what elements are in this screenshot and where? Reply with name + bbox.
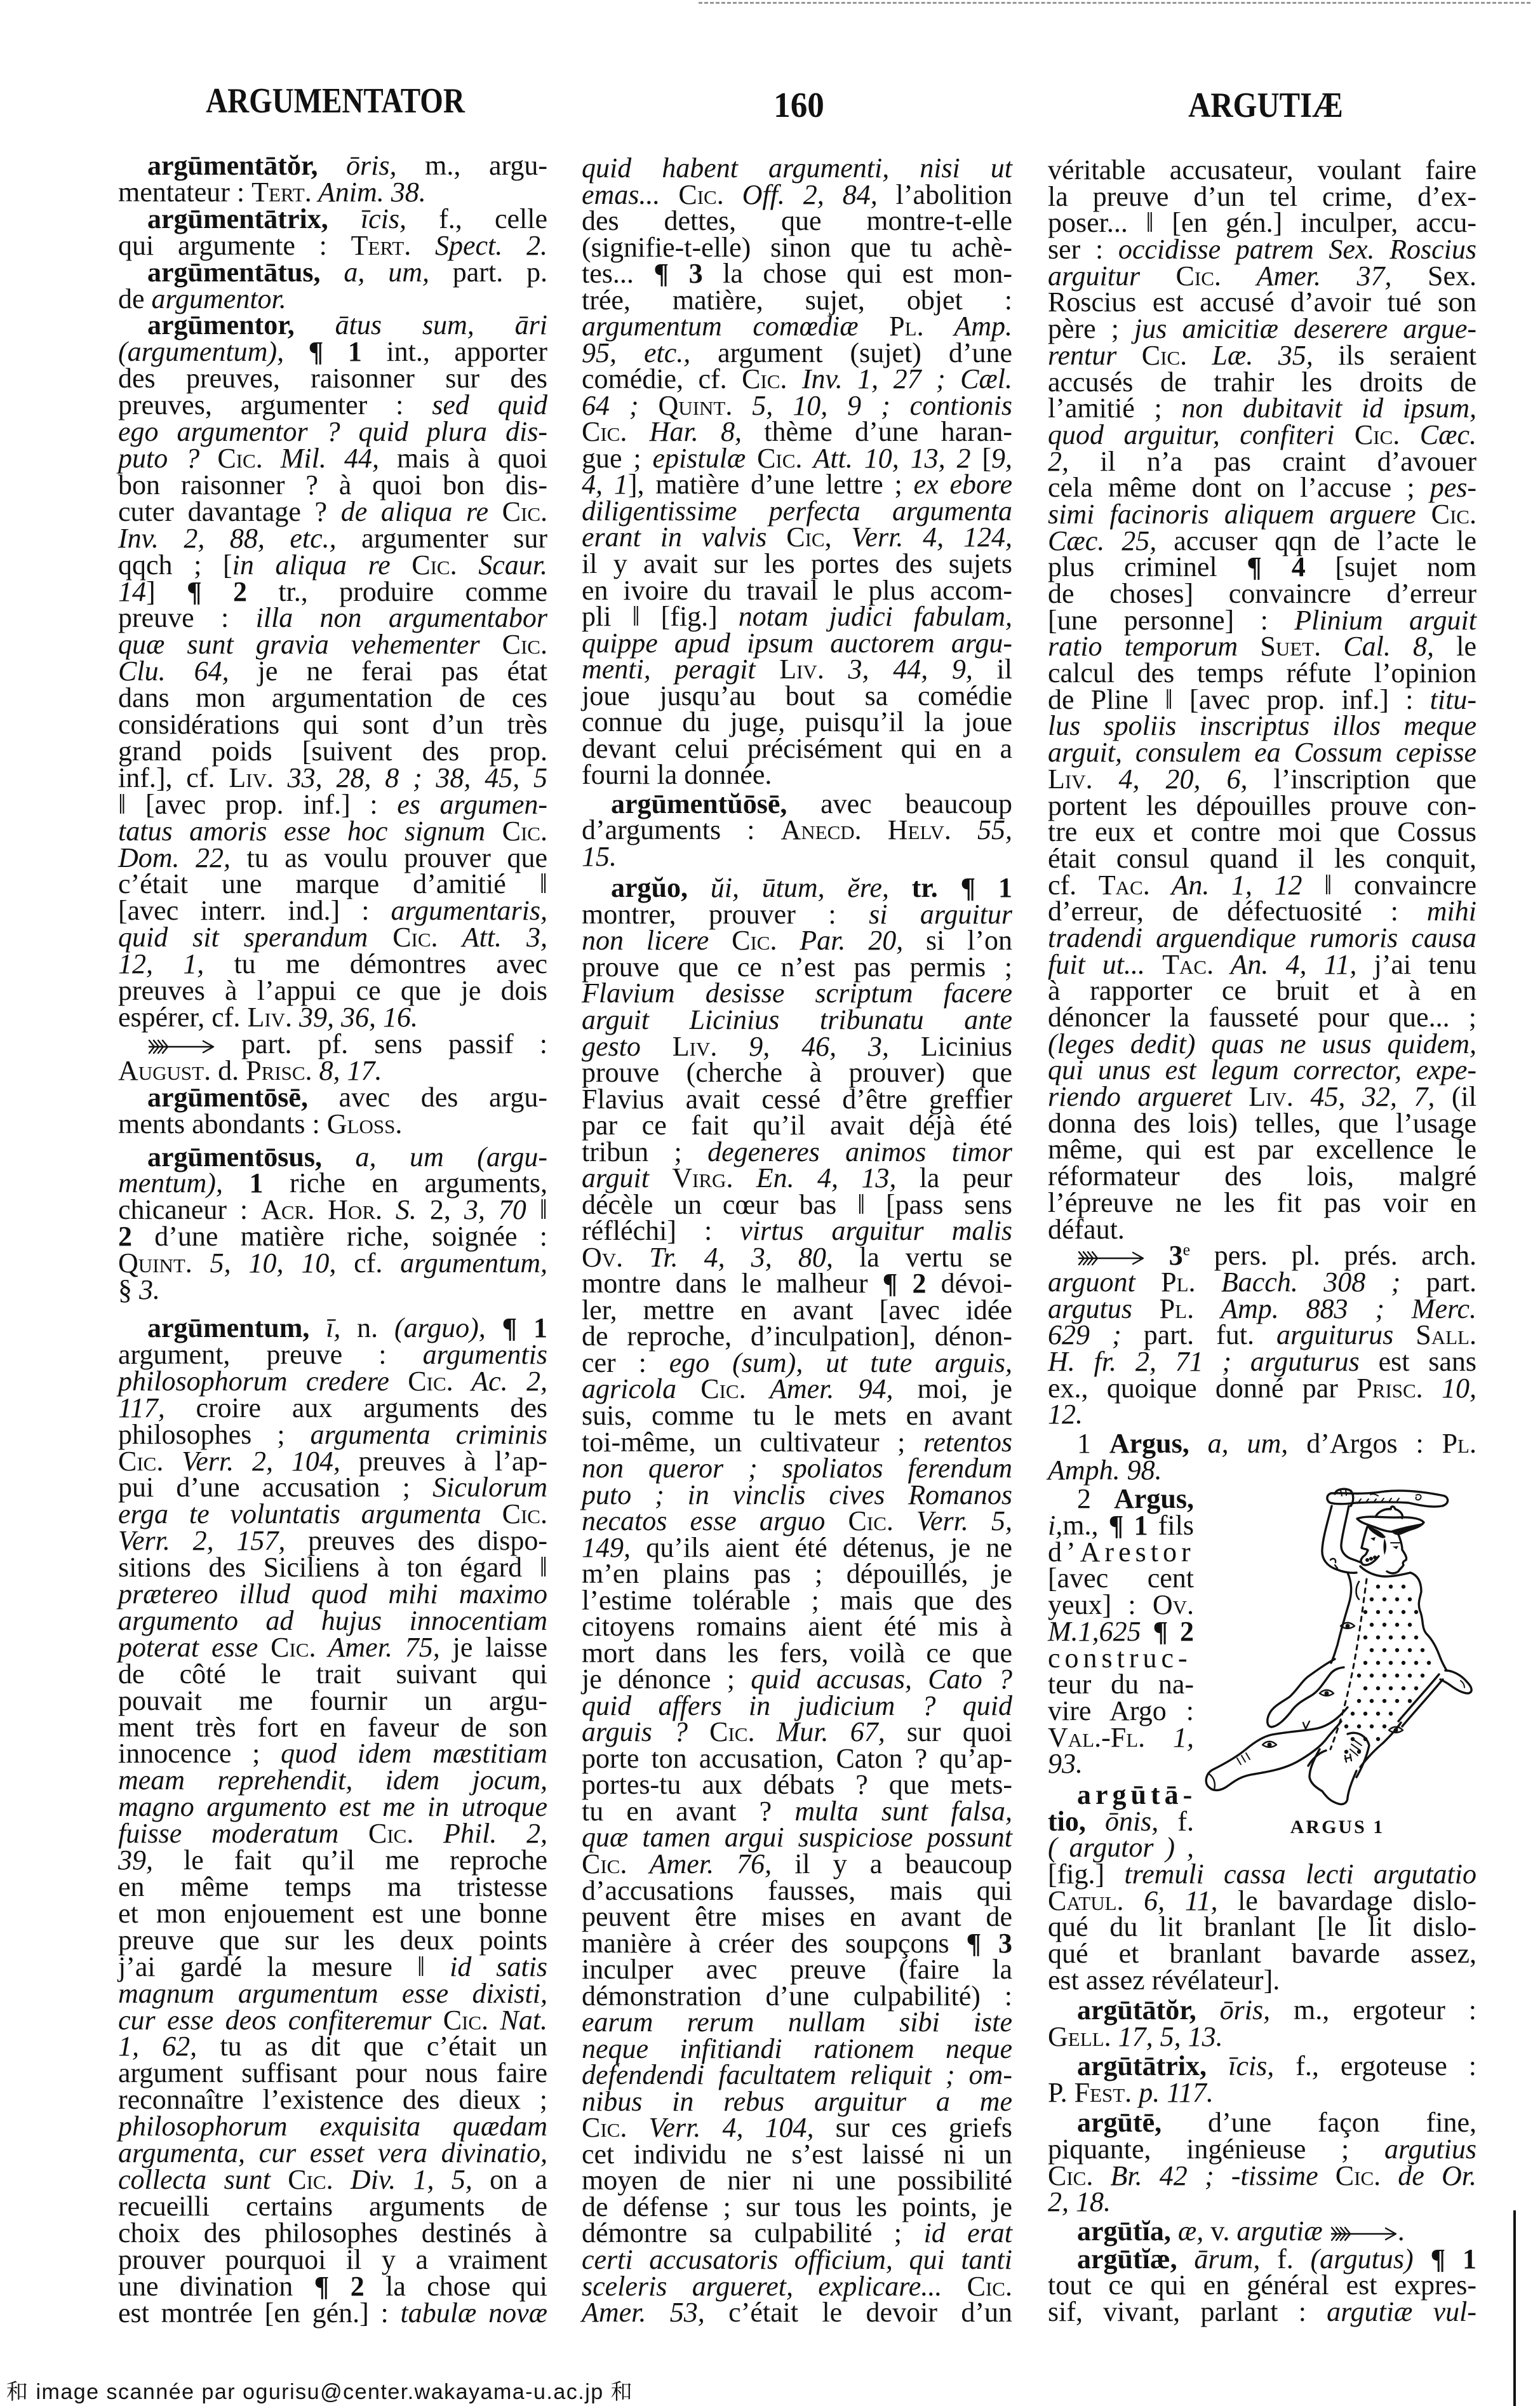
dictionary-line: 64 ; Quint. 5, 10, 9 ; contionis bbox=[582, 393, 1012, 419]
dictionary-line: agricola Cic. Amer. 94, moi, je bbox=[582, 1376, 1012, 1402]
dictionary-line: (argumentum), ¶ 1 int., apporter bbox=[118, 339, 547, 365]
dictionary-line: en même temps ma tristesse bbox=[118, 1874, 547, 1900]
dictionary-line: cf. Tac. An. 1, 12 ‖ convaincre bbox=[1048, 872, 1476, 899]
dictionary-line: argument suffisant pour nous faire bbox=[118, 2060, 547, 2087]
dictionary-line: lus spoliis inscriptus illos meque bbox=[1048, 713, 1476, 739]
dictionary-line: chicaneur : Acr. Hor. S. 2, 3, 70 ‖ bbox=[118, 1197, 547, 1223]
dictionary-line: ego argumentor ? quid plura dis- bbox=[118, 419, 547, 445]
dictionary-line: fuit ut... Tac. An. 4, 11, j’ai tenu bbox=[1048, 951, 1476, 978]
dictionary-line: poser... ‖ [en gén.] inculper, accu- bbox=[1048, 210, 1476, 236]
dictionary-line: arguit Licinius tribunatu ante bbox=[582, 1007, 1012, 1033]
citation-text: tabulæ novæ bbox=[401, 2297, 547, 2329]
citation-text: a, um, bbox=[1189, 1428, 1289, 1459]
dictionary-line: c’était une marque d’amitié ‖ bbox=[118, 871, 547, 897]
dictionary-line: Dom. 22, tu as voulu prouver que bbox=[118, 845, 547, 871]
dictionary-line: magno argumento est me in utroque bbox=[118, 1794, 547, 1820]
dictionary-line: cet individu ne s’est laissé ni un bbox=[582, 2141, 1012, 2168]
dictionary-line: de côté le trait suivant qui bbox=[118, 1661, 547, 1688]
dictionary-line: 14] ¶ 2 tr., produire comme bbox=[118, 579, 547, 605]
dictionary-page: ARGUMENTATOR 160 ARGUTIÆ argūmentātŏr, ō… bbox=[0, 0, 1540, 2406]
dictionary-line: par ce fait qu’il avait déjà été bbox=[582, 1112, 1012, 1139]
citation-text: æ, bbox=[1171, 2215, 1203, 2247]
dictionary-line: part. pf. sens passif : bbox=[118, 1031, 547, 1058]
dictionary-line: 93. bbox=[1048, 1751, 1194, 1777]
dictionary-line: j’ai gardé la mesure ‖ id satis bbox=[118, 1954, 547, 1980]
dictionary-line: Flavius avait cessé d’être greffier bbox=[582, 1086, 1012, 1113]
dictionary-line: 95, etc., argument (sujet) d’une bbox=[582, 340, 1012, 366]
dictionary-line: l’amitié ; non dubitavit id ipsum, bbox=[1048, 395, 1476, 422]
dictionary-line: argūtĭa, æ, v. argutiæ . bbox=[1048, 2218, 1476, 2245]
dictionary-line: non queror ; spoliatos ferendum bbox=[582, 1455, 1012, 1482]
dictionary-line: 39, le fait qu’il me reproche bbox=[118, 1847, 547, 1874]
dictionary-line: argūtātrix, īcis, f., ergoteuse : bbox=[1048, 2053, 1476, 2080]
dictionary-line: véritable accusateur, voulant faire bbox=[1048, 157, 1476, 184]
citation-text: 3. bbox=[139, 1274, 160, 1305]
dictionary-line: donna des lois) telles, que l’usage bbox=[1048, 1110, 1476, 1137]
dictionary-line: des preuves, raisonner sur des bbox=[118, 365, 547, 392]
dictionary-line: 4, 1], matière d’une lettre ; ex ebore bbox=[582, 471, 1012, 498]
dictionary-line: inf.], cf. Liv. 33, 28, 8 ; 38, 45, 5 bbox=[118, 765, 547, 791]
dictionary-line: argumento ad hujus innocentiam bbox=[118, 1608, 547, 1634]
dictionary-line: prætereo illud quod mihi maximo bbox=[118, 1581, 547, 1608]
dictionary-line: Quint. 5, 10, 10, cf. argumentum, bbox=[118, 1250, 547, 1277]
dictionary-line: une divination ¶ 2 la chose qui bbox=[118, 2273, 547, 2300]
dictionary-line: 2 d’une matière riche, soignée : bbox=[118, 1223, 547, 1250]
citation-text: 93. bbox=[1048, 1748, 1083, 1779]
dictionary-line: Amer. 53, c’était le devoir d’un bbox=[582, 2299, 1012, 2326]
dictionary-line: [une personne] : Plinium arguit bbox=[1048, 607, 1476, 634]
dictionary-line: Flavium desisse scriptum facere bbox=[582, 980, 1012, 1007]
dictionary-line: i,m., ¶ 1 fils bbox=[1048, 1512, 1194, 1539]
citation-text: de Or. bbox=[1381, 2160, 1476, 2191]
dictionary-line: portes-tu aux débats ? que mets- bbox=[582, 1771, 1012, 1798]
dictionary-line: preuve : illa non argumentabor bbox=[118, 605, 547, 631]
scan-edge-artifact-top bbox=[699, 2, 1530, 4]
dictionary-line: calcul des temps réfute l’opinion bbox=[1048, 660, 1476, 687]
dictionary-line: de Pline ‖ [avec prop. inf.] : titu- bbox=[1048, 687, 1476, 713]
definition-text: sif, vivant, parlant : bbox=[1048, 2296, 1327, 2327]
dictionary-line: ex., quoique donné par Prisc. 10, bbox=[1048, 1375, 1476, 1402]
definition-text: est montrée [en gén.] : bbox=[118, 2297, 401, 2329]
dictionary-line: argūtātŏr, ōris, m., ergoteur : bbox=[1048, 1997, 1476, 2024]
dictionary-line: 1, 62, tu as dit que c’était un bbox=[118, 2033, 547, 2060]
dictionary-line: Cæc. 25, accuser qqn de l’acte le bbox=[1048, 528, 1476, 554]
dictionary-line: recueilli certains arguments de bbox=[118, 2193, 547, 2220]
citation-text: 10, bbox=[1423, 1373, 1476, 1404]
dictionary-line: argument, preuve : argumentis bbox=[118, 1341, 547, 1368]
dictionary-line: rentur Cic. Læ. 35, ils seraient bbox=[1048, 342, 1476, 369]
dictionary-line: 149, qu’ils aient été détenus, je ne bbox=[582, 1535, 1012, 1561]
definition-text: ments abondants : bbox=[118, 1108, 327, 1139]
figure-caption: ARGUS 1 bbox=[1274, 1818, 1401, 1837]
dictionary-line: piquante, ingénieuse ; argutius bbox=[1048, 2136, 1476, 2163]
dictionary-line: [fig.] tremuli cassa lecti argutatio bbox=[1048, 1861, 1476, 1888]
dictionary-line: P. Fest. p. 117. bbox=[1048, 2080, 1476, 2106]
dictionary-line: Cic. Verr. 2, 104, preuves à l’ap- bbox=[118, 1448, 547, 1475]
dictionary-line: de reproche, d’inculpation], dénon- bbox=[582, 1323, 1012, 1350]
dictionary-line: qué du lit branlant [le lit dislo- bbox=[1048, 1914, 1476, 1940]
dictionary-line: argumenta, cur esset vera divinatio, bbox=[118, 2140, 547, 2167]
dictionary-line: père ; jus amicitiæ deserere argue- bbox=[1048, 316, 1476, 342]
author-abbreviation: P. Fest. bbox=[1048, 2077, 1132, 2108]
dictionary-line: qui argumente : Tert. Spect. 2. bbox=[118, 232, 547, 259]
citation-text: Br. 42 ; -tissime bbox=[1093, 2160, 1335, 2191]
dictionary-line: manière à créer des soupçons ¶ 3 bbox=[582, 1930, 1012, 1957]
dictionary-line: quid affers in judicium ? quid bbox=[582, 1693, 1012, 1719]
dictionary-line: erga te voluntatis argumenta Cic. bbox=[118, 1501, 547, 1528]
dictionary-line: defendendi facultatem reliquit ; om- bbox=[582, 2062, 1012, 2088]
citation-text: argutiæ bbox=[1236, 2215, 1329, 2247]
dictionary-line: Verr. 2, 157, preuves des dispo- bbox=[118, 1528, 547, 1554]
dictionary-line: en ivoire du travail le plus accom- bbox=[582, 577, 1012, 604]
dictionary-line: (signifie-t-elle) sinon que tu achè- bbox=[582, 234, 1012, 261]
dictionary-line: était consul quand il les conquit, bbox=[1048, 845, 1476, 872]
dictionary-line: l’estime tolérable ; mais que des bbox=[582, 1587, 1012, 1614]
dictionary-line: quod arguitur, confiteri Cic. Cæc. bbox=[1048, 422, 1476, 448]
dictionary-line: 3e pers. pl. prés. arch. bbox=[1048, 1242, 1476, 1269]
definition-text: . bbox=[1398, 2215, 1405, 2247]
dictionary-line: espérer, cf. Liv. 39, 36, 16. bbox=[118, 1004, 547, 1031]
dictionary-line: ‖ [avec prop. inf.] : es argumen- bbox=[118, 791, 547, 818]
dictionary-line: necatos esse arguo Cic. Verr. 5, bbox=[582, 1508, 1012, 1535]
dictionary-line: qui unus est legum corrector, expe- bbox=[1048, 1057, 1476, 1084]
dictionary-line: teur du na- bbox=[1048, 1671, 1194, 1698]
dictionary-line: vire Argo : bbox=[1048, 1698, 1194, 1724]
dictionary-line: menti, peragit Liv. 3, 44, 9, il bbox=[582, 656, 1012, 683]
dictionary-line: § 3. bbox=[118, 1277, 547, 1303]
dictionary-line: portent les dépouilles prouve con- bbox=[1048, 793, 1476, 819]
definition-text: défaut. bbox=[1048, 1214, 1125, 1245]
dictionary-line: [avec cent bbox=[1048, 1565, 1194, 1592]
dictionary-line: Roscius est accusé d’avoir tué son bbox=[1048, 289, 1476, 316]
author-abbreviation: Gloss. bbox=[327, 1108, 403, 1139]
definition-text: c’était le devoir d’un bbox=[705, 2297, 1012, 2328]
dictionary-line: il y avait sur les portes des sujets bbox=[582, 551, 1012, 577]
dictionary-line: tout ce qui en général est expres- bbox=[1048, 2272, 1476, 2299]
dictionary-line: Gell. 17, 5, 13. bbox=[1048, 2024, 1476, 2050]
dictionary-line: montre dans le malheur ¶ 2 dévoi- bbox=[582, 1270, 1012, 1297]
dictionary-line: argūtē, d’une façon fine, bbox=[1048, 2109, 1476, 2136]
dictionary-line: puto ? Cic. Mil. 44, mais à quoi bbox=[118, 445, 547, 472]
dictionary-line: poterat esse Cic. Amer. 75, je laisse bbox=[118, 1634, 547, 1661]
dictionary-line: cela même dont on l’accuse ; pes- bbox=[1048, 474, 1476, 501]
definition-text: § bbox=[118, 1274, 139, 1305]
dictionary-line: philosophes ; argumenta criminis bbox=[118, 1421, 547, 1448]
dictionary-line: innocence ; quod idem mæstitiam bbox=[118, 1740, 547, 1767]
dictionary-line: argutus Pl. Amp. 883 ; Merc. bbox=[1048, 1296, 1476, 1322]
dictionary-line: joue jusqu’au bout sa comédie bbox=[582, 683, 1012, 709]
author-abbreviation: Pl. bbox=[1442, 1428, 1476, 1459]
dictionary-line: mentateur : Tert. Anim. 38. bbox=[118, 179, 547, 206]
dictionary-line: la preuve d’un tel crime, d’ex- bbox=[1048, 184, 1476, 210]
dictionary-line: H. fr. 2, 71 ; arguturus est sans bbox=[1048, 1348, 1476, 1375]
dictionary-line: réformateur des lois, malgré bbox=[1048, 1163, 1476, 1190]
dictionary-line: tradendi arguendique rumoris causa bbox=[1048, 925, 1476, 951]
dictionary-line: toi-même, un cultivateur ; retentos bbox=[582, 1429, 1012, 1456]
dictionary-line: Ov. Tr. 4, 3, 80, la vertu se bbox=[582, 1244, 1012, 1271]
dictionary-line: pui d’une accusation ; Siculorum bbox=[118, 1474, 547, 1501]
dictionary-line: preuves, argumenter : sed quid bbox=[118, 392, 547, 419]
citation-text: 12. bbox=[1048, 1399, 1083, 1430]
dictionary-line: qué et branlant bavarde assez, bbox=[1048, 1940, 1476, 1967]
dictionary-line: cuter davantage ? de aliqua re Cic. bbox=[118, 499, 547, 525]
dictionary-line: 12, 1, tu me démontres avec bbox=[118, 951, 547, 978]
dictionary-line: porte ton accusation, Caton ? qu’ap- bbox=[582, 1745, 1012, 1772]
dictionary-line: argūtā- bbox=[1048, 1782, 1194, 1808]
feathered-arrow-icon bbox=[147, 1038, 215, 1056]
dictionary-line: reconnaître l’existence des dieux ; bbox=[118, 2087, 547, 2113]
dictionary-line: plus criminel ¶ 4 [sujet nom bbox=[1048, 554, 1476, 581]
dictionary-line: fourni la donnée. bbox=[582, 762, 1012, 788]
dictionary-line: ler, mettre en avant [avec idée bbox=[582, 1297, 1012, 1324]
dictionary-line: argūmentātus, a, um, part. p. bbox=[118, 259, 547, 286]
dictionary-line: quæ tamen argui suspiciose possunt bbox=[582, 1824, 1012, 1851]
dictionary-line: ( argutor ) , bbox=[1048, 1834, 1194, 1861]
running-head-left: ARGUMENTATOR bbox=[175, 83, 495, 119]
dictionary-line: tatus amoris esse hoc signum Cic. bbox=[118, 818, 547, 845]
dictionary-line: [avec interr. ind.] : argumentaris, bbox=[118, 897, 547, 924]
dictionary-line: arguitur Cic. Amer. 37, Sex. bbox=[1048, 263, 1476, 290]
dictionary-line: non licere Cic. Par. 20, si l’on bbox=[582, 927, 1012, 954]
dictionary-line: 117, croire aux arguments des bbox=[118, 1395, 547, 1421]
dictionary-line: même, qui est par excellence le bbox=[1048, 1136, 1476, 1163]
author-abbreviation: Gell. bbox=[1048, 2021, 1111, 2052]
dictionary-line: riendo argueret Liv. 45, 32, 7, (il bbox=[1048, 1084, 1476, 1110]
dictionary-line: dans mon argumentation de ces bbox=[118, 685, 547, 711]
dictionary-line: certi accusatoris officium, qui tanti bbox=[582, 2247, 1012, 2273]
citation-text: 5, 10, 10, bbox=[192, 1247, 337, 1279]
dictionary-line: peuvent être mises en avant de bbox=[582, 1904, 1012, 1930]
dictionary-line: Amph. 98. bbox=[1048, 1457, 1476, 1484]
dictionary-line: diligentissime perfecta argumenta bbox=[582, 498, 1012, 525]
definition-text: v. bbox=[1203, 2215, 1236, 2247]
dictionary-line: Inv. 2, 88, etc., argumenter sur bbox=[118, 525, 547, 552]
dictionary-line: prouver pourquoi il y a vraiment bbox=[118, 2247, 547, 2273]
dictionary-line: Catul. 6, 11, le bavardage dislo- bbox=[1048, 1888, 1476, 1914]
definition-text: de bbox=[118, 283, 152, 314]
dictionary-line: tio, ōnis, f. bbox=[1048, 1808, 1194, 1835]
dictionary-line: de argumentor. bbox=[118, 286, 547, 313]
dictionary-line: M.1,625 ¶ 2 bbox=[1048, 1618, 1194, 1645]
dictionary-line: m’en plains pas ; dépouillés, je bbox=[582, 1561, 1012, 1587]
dictionary-line: arguit, consulem ea Cossum cepisse bbox=[1048, 739, 1476, 766]
dictionary-line: réfléchi] : virtus arguitur malis bbox=[582, 1218, 1012, 1244]
citation-text: 1, bbox=[1145, 1722, 1194, 1753]
feathered-arrow-icon bbox=[1077, 1249, 1145, 1267]
dictionary-line: collecta sunt Cic. Div. 1, 5, on a bbox=[118, 2167, 547, 2193]
dictionary-line: trée, matière, sujet, objet : bbox=[582, 287, 1012, 314]
dictionary-line: erant in valvis Cic, Verr. 4, 124, bbox=[582, 524, 1012, 551]
dictionary-line: Val.-Fl. 1, bbox=[1048, 1724, 1194, 1751]
citation-text: a, um, bbox=[321, 257, 429, 288]
citation-text: 15. bbox=[582, 841, 617, 872]
dictionary-line: meam reprehendit, idem jocum, bbox=[118, 1767, 547, 1794]
dictionary-line: tribun ; degeneres animos timor bbox=[582, 1139, 1012, 1166]
dictionary-line: quæ sunt gravia vehementer Cic. bbox=[118, 631, 547, 658]
dictionary-line: arguit Virg. En. 4, 13, la peur bbox=[582, 1165, 1012, 1192]
dictionary-line: d’Arestor bbox=[1048, 1539, 1194, 1566]
dictionary-line: 15. bbox=[582, 843, 1012, 870]
column-1: argūmentātŏr, ōris, m., argu-mentateur :… bbox=[118, 152, 547, 2326]
dictionary-line: suis, comme tu le mets en avant bbox=[582, 1402, 1012, 1429]
dictionary-line: décèle un cœur bas ‖ [pass sens bbox=[582, 1192, 1012, 1218]
column-3: véritable accusateur, voulant fairela pr… bbox=[1048, 157, 1476, 2325]
dictionary-line: tes... ¶ 3 la chose qui est mon- bbox=[582, 260, 1012, 287]
dictionary-line: construc- bbox=[1048, 1645, 1194, 1672]
dictionary-line: sitions des Siciliens à ton égard ‖ bbox=[118, 1554, 547, 1581]
dictionary-line: de défense ; sur tous les points, je bbox=[582, 2194, 1012, 2221]
dictionary-line: pli ‖ [fig.] notam judici fabulam, bbox=[582, 603, 1012, 630]
dictionary-line: d’accusations fausses, mais qui bbox=[582, 1878, 1012, 1904]
dictionary-line: argūmentōsē, avec des argu- bbox=[118, 1084, 547, 1111]
dictionary-line: argŭo, ŭi, ūtum, ĕre, tr. ¶ 1 bbox=[582, 875, 1012, 901]
dictionary-line: ratio temporum Suet. Cal. 8, le bbox=[1048, 633, 1476, 660]
dictionary-line: et mon enjouement est une bonne bbox=[118, 1900, 547, 1927]
definition-text: part. p. bbox=[429, 257, 547, 288]
dictionary-line: comédie, cf. Cic. Inv. 1, 27 ; Cæl. bbox=[582, 366, 1012, 393]
dictionary-line: prouve que ce n’est pas permis ; bbox=[582, 954, 1012, 981]
dictionary-line: 1 Argus, a, um, d’Argos : Pl. bbox=[1048, 1430, 1476, 1457]
definition-text: d’Argos : bbox=[1288, 1428, 1442, 1459]
dictionary-line: connue du juge, puisqu’il la joue bbox=[582, 709, 1012, 736]
citation-text: 55, bbox=[951, 814, 1012, 845]
dictionary-line: moyen de nier ni une possibilité bbox=[582, 2167, 1012, 2194]
dictionary-line: grand poids [suivent des prop. bbox=[118, 738, 547, 765]
dictionary-line: argūmentum, ī, n. (arguo), ¶ 1 bbox=[118, 1315, 547, 1341]
dictionary-line: magnum argumentum esse dixisti, bbox=[118, 1980, 547, 2007]
dictionary-line: gesto Liv. 9, 46, 3, Licinius bbox=[582, 1033, 1012, 1060]
dictionary-line: (leges dedit) quas ne usus quidem, bbox=[1048, 1031, 1476, 1058]
scan-credit-footer: 和 image scannée par ogurisu@center.wakay… bbox=[6, 2381, 633, 2403]
dictionary-line: démontre sa culpabilité ; id erat bbox=[582, 2220, 1012, 2247]
dictionary-line: 2, 18. bbox=[1048, 2189, 1476, 2215]
dictionary-line: simi facinoris aliquem arguere Cic. bbox=[1048, 501, 1476, 528]
dictionary-line: August. d. Prisc. 8, 17. bbox=[118, 1058, 547, 1084]
definition-text: m., ergoteur : bbox=[1270, 1994, 1476, 2026]
feathered-arrow-icon bbox=[1330, 2225, 1398, 2243]
definition-text: ex., quoique donné par bbox=[1048, 1373, 1356, 1404]
definition-text: cf. bbox=[336, 1247, 400, 1279]
page-number: 160 bbox=[618, 88, 980, 123]
dictionary-line: arguont Pl. Bacch. 308 ; part. bbox=[1048, 1269, 1476, 1296]
dictionary-line: Cic. Verr. 4, 104, sur ces griefs bbox=[582, 2114, 1012, 2141]
dictionary-line: argūmentōsus, a, um (argu- bbox=[118, 1144, 547, 1171]
dictionary-line: considérations qui sont d’un très bbox=[118, 711, 547, 738]
dictionary-line: mentum), 1 riche en arguments, bbox=[118, 1170, 547, 1197]
dictionary-line: argūmentātŏr, ōris, m., argu- bbox=[118, 152, 547, 179]
dictionary-line: ments abondants : Gloss. bbox=[118, 1111, 547, 1138]
definition-text: est assez révélateur]. bbox=[1048, 1965, 1280, 1996]
dictionary-line: Cic. Br. 42 ; -tissime Cic. de Or. bbox=[1048, 2163, 1476, 2189]
author-abbreviation: Anecd. Helv. bbox=[781, 814, 951, 845]
dictionary-line: Liv. 4, 20, 6, l’inscription que bbox=[1048, 766, 1476, 793]
dictionary-line: philosophorum credere Cic. Ac. 2, bbox=[118, 1368, 547, 1395]
citation-text: Amer. 53, bbox=[582, 2297, 705, 2328]
dictionary-line: fuisse moderatum Cic. Phil. 2, bbox=[118, 1820, 547, 1847]
dictionary-line: 12. bbox=[1048, 1401, 1476, 1428]
dictionary-line: montrer, prouver : si arguitur bbox=[582, 901, 1012, 928]
dictionary-line: choix des philosophes destinés à bbox=[118, 2220, 547, 2247]
dictionary-line: neque infitiandi rationem neque bbox=[582, 2036, 1012, 2062]
dictionary-line: 2 Argus, bbox=[1048, 1486, 1194, 1512]
dictionary-line: démonstration d’une culpabilité) : bbox=[582, 1983, 1012, 2010]
dictionary-line: philosophorum exquisita quædam bbox=[118, 2113, 547, 2140]
dictionary-line: cur esse deos confiteremur Cic. Nat. bbox=[118, 2007, 547, 2034]
author-abbreviation: Cic. bbox=[1336, 2160, 1381, 2191]
dictionary-line: je dénonce ; quid accusas, Cato ? bbox=[582, 1666, 1012, 1693]
dictionary-line: preuves à l’appui ce que je dois bbox=[118, 978, 547, 1004]
dictionary-line: pouvait me fournir un argu- bbox=[118, 1688, 547, 1714]
dictionary-line: qqch ; [in aliqua re Cic. Scaur. bbox=[118, 552, 547, 579]
dictionary-line: est assez révélateur]. bbox=[1048, 1967, 1476, 1994]
superscript: e bbox=[1183, 1240, 1191, 1259]
dictionary-line: tre eux et contre moi que Cossus bbox=[1048, 819, 1476, 845]
dictionary-line: nibus in rebus arguitur a me bbox=[582, 2088, 1012, 2115]
definition-text: f., ergoteuse : bbox=[1274, 2050, 1476, 2081]
dictionary-line: ser : occidisse patrem Sex. Roscius bbox=[1048, 236, 1476, 263]
dictionary-line: quippe apud ipsum auctorem argu- bbox=[582, 630, 1012, 657]
dictionary-line: Clu. 64, je ne ferai pas état bbox=[118, 658, 547, 685]
argus-illustration bbox=[1200, 1486, 1480, 1810]
dictionary-line: dénoncer la fausseté pour que... ; bbox=[1048, 1004, 1476, 1031]
citation-text: 17, 5, 13. bbox=[1111, 2021, 1223, 2052]
dictionary-line: tu en avant ? multa sunt falsa, bbox=[582, 1798, 1012, 1825]
dictionary-line: quid sit sperandum Cic. Att. 3, bbox=[118, 924, 547, 951]
citation-text: argumentum, bbox=[400, 1247, 547, 1279]
dictionary-line: inculper avec preuve (faire la bbox=[582, 1956, 1012, 1983]
dictionary-line: argūmentor, ātus sum, āri bbox=[118, 312, 547, 339]
dictionary-line: d’erreur, de défectuosité : mihi bbox=[1048, 898, 1476, 925]
dictionary-line: 2, il n’a pas craint d’avouer bbox=[1048, 448, 1476, 475]
dictionary-line: sceleris argueret, explicare... Cic. bbox=[582, 2273, 1012, 2300]
definition-text: fourni la donnée. bbox=[582, 759, 772, 790]
dictionary-line: preuve que sur les deux points bbox=[118, 1927, 547, 1954]
dictionary-line: 629 ; part. fut. arguiturus Sall. bbox=[1048, 1322, 1476, 1348]
dictionary-line: prouve (cherche à prouver) que bbox=[582, 1059, 1012, 1086]
citation-text: īcis, bbox=[1207, 2050, 1274, 2081]
dictionary-line: de choses] convaincre d’erreur bbox=[1048, 581, 1476, 607]
dictionary-line: quid habent argumenti, nisi ut bbox=[582, 155, 1012, 182]
dictionary-line: sif, vivant, parlant : argutiæ vul- bbox=[1048, 2299, 1476, 2325]
headword: argūtĭa, bbox=[1077, 2215, 1171, 2247]
dictionary-line: argūmentātrix, īcis, f., celle bbox=[118, 206, 547, 232]
dictionary-line: earum rerum nullam sibi iste bbox=[582, 2009, 1012, 2036]
dictionary-line: gue ; epistulæ Cic. Att. 10, 13, 2 [9, bbox=[582, 445, 1012, 472]
author-abbreviation: Prisc. bbox=[1356, 1373, 1423, 1404]
dictionary-line: bon raisonner ? à quoi bon dis- bbox=[118, 472, 547, 499]
dictionary-line: citoyens romains aient été mis à bbox=[582, 1613, 1012, 1640]
dictionary-line: emas... Cic. Off. 2, 84, l’abolition bbox=[582, 182, 1012, 208]
dictionary-line: mort dans les fers, voilà ce que bbox=[582, 1640, 1012, 1667]
citation-text: 2, 18. bbox=[1048, 2186, 1111, 2217]
citation-text: Amph. 98. bbox=[1048, 1455, 1162, 1486]
dictionary-line: ment très fort en faveur de son bbox=[118, 1714, 547, 1741]
dictionary-line: cer : ego (sum), ut tute arguis, bbox=[582, 1350, 1012, 1376]
dictionary-line: est montrée [en gén.] : tabulæ novæ bbox=[118, 2300, 547, 2327]
dictionary-line: Cic. Amer. 76, il y a beaucoup bbox=[582, 1851, 1012, 1878]
dictionary-line: argumentum comœdiæ Pl. Amp. bbox=[582, 313, 1012, 340]
scan-edge-artifact-right bbox=[1513, 2210, 1516, 2406]
dictionary-line: à rapporter ce bruit et à en bbox=[1048, 978, 1476, 1004]
dictionary-line: devant celui précisément qui en a bbox=[582, 736, 1012, 762]
dictionary-line: accusés de trahir les droits de bbox=[1048, 369, 1476, 396]
dictionary-line: l’épreuve ne les fit pas voir en bbox=[1048, 1190, 1476, 1216]
running-head-right: ARGUTIÆ bbox=[1100, 88, 1431, 123]
dictionary-line: d’arguments : Anecd. Helv. 55, bbox=[582, 817, 1012, 843]
citation-text: argutiæ vul- bbox=[1327, 2296, 1476, 2327]
dictionary-line: argūtĭæ, ārum, f. (argutus) ¶ 1 bbox=[1048, 2246, 1476, 2273]
column-2: quid habent argumenti, nisi utemas... Ci… bbox=[582, 155, 1012, 2326]
